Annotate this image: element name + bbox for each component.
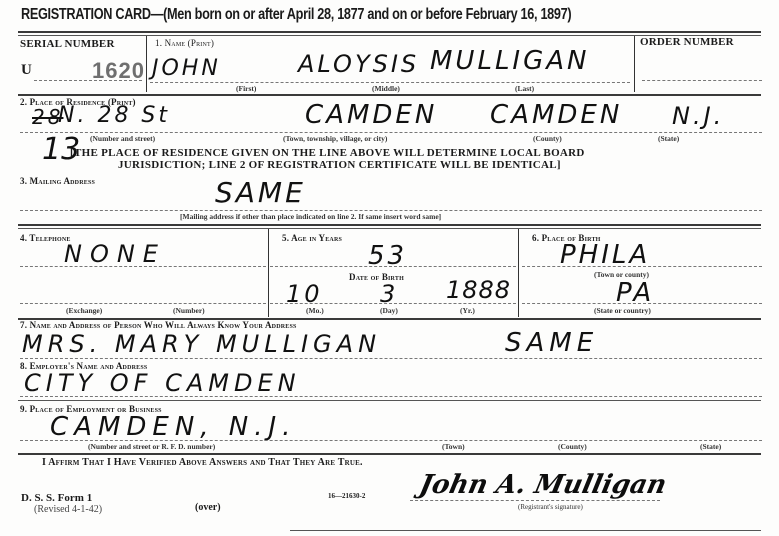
over-indicator: (over) — [195, 502, 221, 513]
order-number-label: ORDER NUMBER — [640, 36, 734, 48]
mailing-address-label: 3. Mailing Address — [20, 176, 95, 186]
dob-line — [270, 303, 516, 304]
caption-year: (Yr.) — [460, 306, 475, 315]
divider — [18, 94, 761, 96]
divider — [18, 31, 761, 33]
place-of-employment-line — [20, 440, 762, 441]
age-line — [270, 266, 516, 267]
registrant-signature: John A. Mulligan — [417, 470, 669, 500]
caption-street-rfd: (Number and street or R. F. D. number) — [88, 442, 215, 451]
age-label: 5. Age in Years — [282, 233, 342, 243]
caption-town: (Town) — [442, 442, 465, 451]
caption-last: (Last) — [515, 84, 534, 93]
signature-line — [410, 500, 660, 501]
birth-year-value: 1888 — [446, 276, 511, 304]
mailing-address-value: SAME — [215, 176, 306, 209]
divider-vertical — [518, 229, 519, 317]
caption-street: (Number and street) — [90, 134, 155, 143]
form-name: D. S. S. Form 1 — [21, 492, 92, 504]
residence-note-line1: [THE PLACE OF RESIDENCE GIVEN ON THE LIN… — [70, 147, 585, 159]
birth-state-line — [522, 303, 762, 304]
contact-person-line — [20, 358, 762, 359]
caption-first: (First) — [236, 84, 256, 93]
residence-line — [20, 132, 762, 133]
contact-person-name-value: MRS. MARY MULLIGAN — [22, 330, 381, 358]
first-name-value: JOHN — [152, 56, 221, 81]
divider — [18, 224, 761, 226]
residence-state-value: N.J. — [672, 102, 724, 130]
divider-vertical — [268, 229, 269, 317]
residence-county-value: CAMDEN — [490, 100, 622, 130]
telephone-line — [20, 266, 266, 267]
divider — [18, 453, 761, 455]
residence-note-line2: JURISDICTION; LINE 2 OF REGISTRATION CER… — [118, 159, 561, 171]
caption-state-or-country: (State or country) — [594, 306, 651, 315]
telephone-value: NONE — [64, 240, 166, 268]
divider-vertical — [146, 36, 147, 92]
residence-street-value: N. 28 St — [58, 103, 170, 128]
serial-number-value: 1620 — [92, 58, 145, 84]
card-title: REGISTRATION CARD—(Men born on or after … — [21, 6, 571, 24]
mailing-address-caption: [Mailing address if other than place ind… — [180, 212, 441, 221]
print-code: 16—21630-2 — [328, 492, 365, 500]
serial-number-label: SERIAL NUMBER — [20, 38, 115, 50]
affirmation-text: I Affirm That I Have Verified Above Answ… — [42, 457, 363, 468]
serial-prefix: U — [21, 62, 32, 79]
place-of-employment-value: CAMDEN, N.J. — [50, 412, 296, 442]
telephone-line-2 — [20, 303, 266, 304]
last-name-value: MULLIGAN — [430, 46, 589, 76]
mailing-address-line — [20, 210, 762, 211]
caption-middle: (Middle) — [372, 84, 400, 93]
signature-caption: (Registrant's signature) — [518, 503, 583, 511]
caption-county: (County) — [558, 442, 587, 451]
employer-value: CITY OF CAMDEN — [24, 369, 301, 397]
caption-state: (State) — [700, 442, 721, 451]
employer-line — [20, 396, 762, 397]
caption-state: (State) — [658, 134, 679, 143]
caption-month: (Mo.) — [306, 306, 324, 315]
order-number-line — [642, 80, 762, 81]
contact-person-address-value: SAME — [505, 328, 598, 358]
caption-exchange: (Exchange) — [66, 306, 102, 315]
telephone-label: 4. Telephone — [20, 233, 71, 243]
residence-town-value: CAMDEN — [305, 100, 437, 130]
divider-vertical — [634, 36, 635, 92]
divider — [18, 400, 761, 401]
bottom-edge — [290, 530, 761, 531]
name-line — [150, 82, 630, 83]
contact-person-label: 7. Name and Address of Person Who Will A… — [20, 320, 297, 330]
form-revised: (Revised 4-1-42) — [34, 504, 102, 515]
divider — [18, 228, 761, 229]
name-label: 1. Name (Print) — [155, 38, 214, 48]
birth-town-line — [522, 266, 762, 267]
caption-town: (Town, township, village, or city) — [283, 134, 387, 143]
caption-day: (Day) — [380, 306, 398, 315]
caption-county: (County) — [533, 134, 562, 143]
caption-number: (Number) — [173, 306, 205, 315]
middle-name-value: ALOYSIS — [298, 50, 419, 78]
